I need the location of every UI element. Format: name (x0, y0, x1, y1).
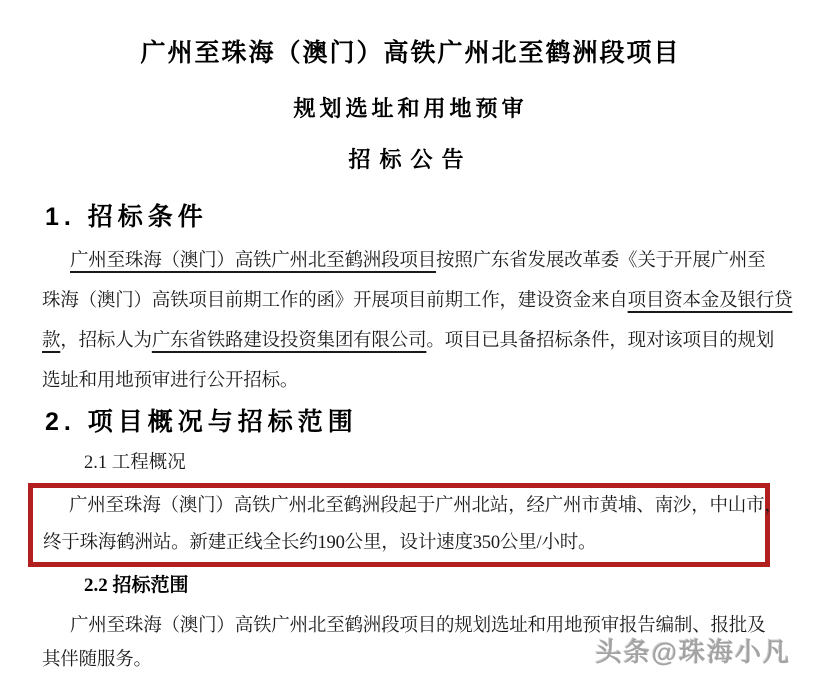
paragraph-line: 珠海（澳门）高铁项目前期工作的函》开展项目前期工作，建设资金来自项目资本金及银行… (42, 281, 821, 321)
highlight-box-line: 广州至珠海（澳门）高铁广州北至鹤洲段起于广州北站，经广州市黄埔、南沙，中山市， (43, 488, 757, 525)
section-1-heading: 1. 招标条件 (45, 201, 821, 233)
text-segment: ，招标人为 (60, 331, 152, 351)
subsection-2-1-heading: 2.1 工程概况 (84, 451, 821, 475)
bid-conditions-paragraph: 广州至珠海（澳门）高铁广州北至鹤洲段项目按照广东省发展改革委《关于开展广州至 珠… (42, 241, 821, 401)
underlined-text: 广州至珠海（澳门）高铁广州北至鹤洲段项目 (70, 251, 436, 271)
subsection-2-2-heading: 2.2 招标范围 (84, 575, 821, 597)
document-title-line2: 规划选址和用地预审 (0, 94, 821, 124)
text-segment: 。项目已具备招标条件，现对该项目的规划 (426, 331, 774, 351)
underlined-text: 广东省铁路建设投资集团有限公司 (152, 331, 427, 351)
highlight-box-line: 终于珠海鹤洲站。新建正线全长约190公里，设计速度350公里/小时。 (43, 525, 757, 562)
underlined-text: 款 (42, 331, 60, 351)
text-segment: 选址和用地预审进行公开招标。 (42, 371, 298, 391)
document-page: 广州至珠海（澳门）高铁广州北至鹤洲段项目 规划选址和用地预审 招标公告 1. 招… (0, 0, 821, 677)
underlined-text: 项目资本金及银行贷 (628, 291, 793, 311)
document-title-line3: 招标公告 (0, 145, 821, 175)
text-segment: 珠海（澳门）高铁项目前期工作的函》开展项目前期工作，建设资金来自 (42, 291, 628, 311)
document-title-line1: 广州至珠海（澳门）高铁广州北至鹤洲段项目 (0, 36, 821, 70)
red-highlight-box: 广州至珠海（澳门）高铁广州北至鹤洲段起于广州北站，经广州市黄埔、南沙，中山市， … (28, 483, 770, 567)
paragraph-line: 广州至珠海（澳门）高铁广州北至鹤洲段项目按照广东省发展改革委《关于开展广州至 (42, 241, 821, 281)
paragraph-line: 选址和用地预审进行公开招标。 (42, 361, 821, 401)
section-2-heading: 2. 项目概况与招标范围 (45, 406, 821, 438)
toutiao-watermark: 头条@珠海小凡 (596, 632, 791, 669)
text-segment: 按照广东省发展改革委《关于开展广州至 (436, 251, 765, 271)
paragraph-line: 款，招标人为广东省铁路建设投资集团有限公司。项目已具备招标条件，现对该项目的规划 (42, 321, 821, 361)
